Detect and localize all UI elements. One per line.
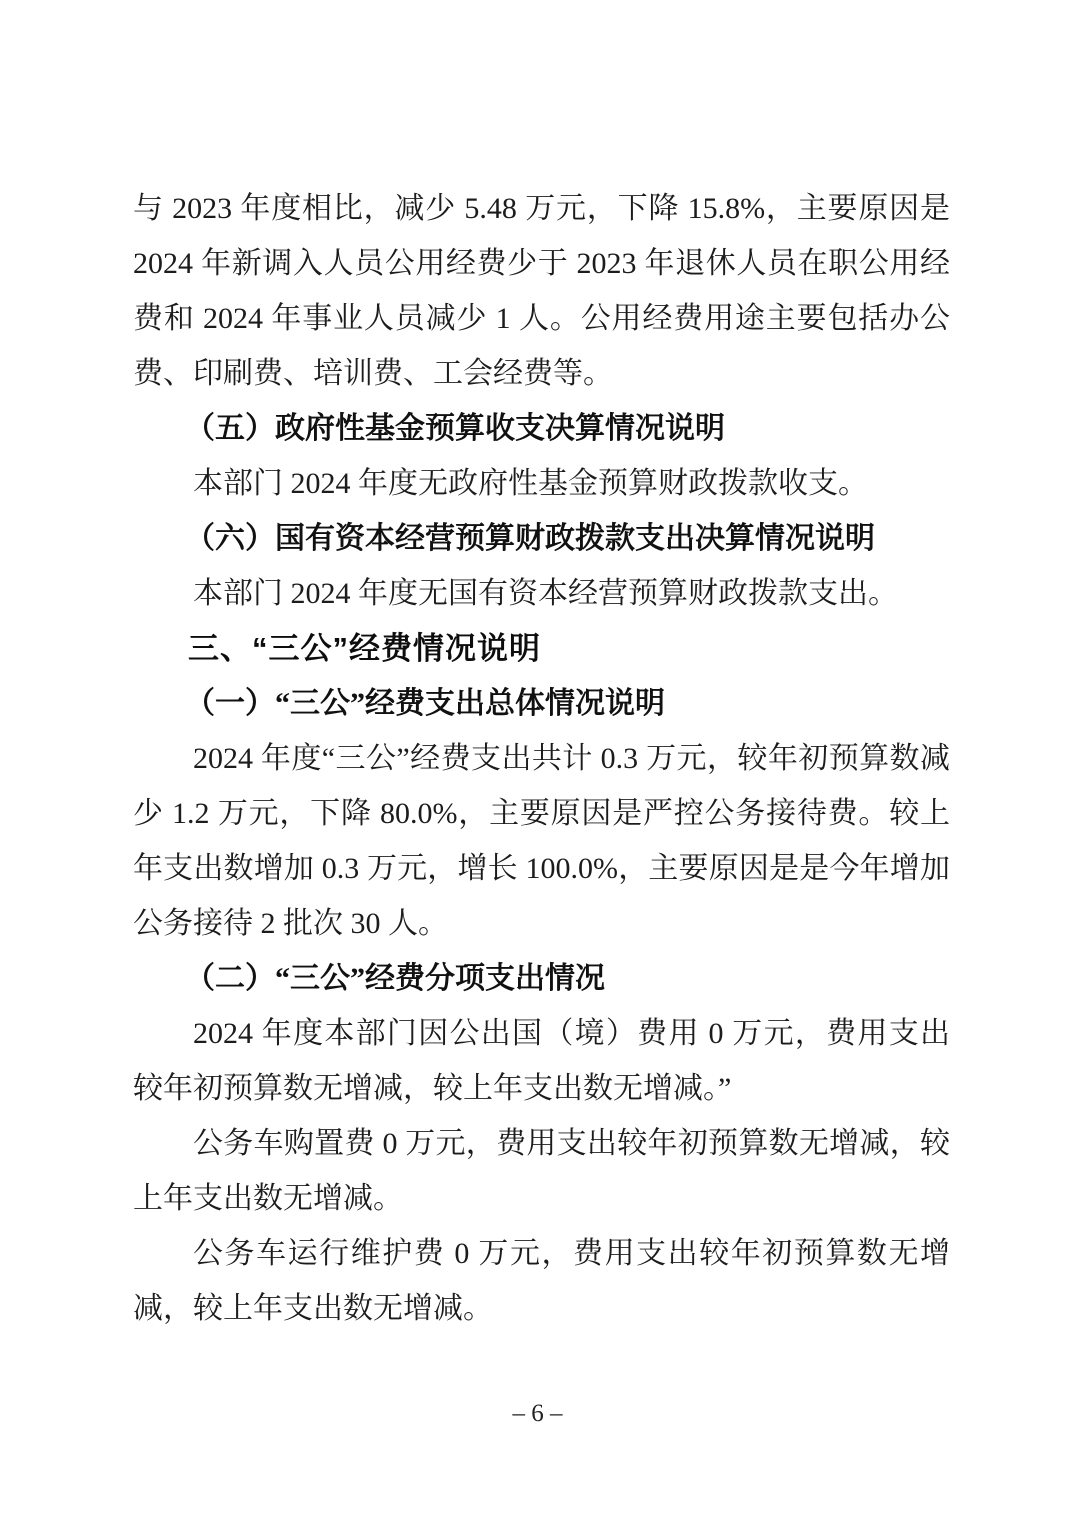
document-content: 与 2023 年度相比，减少 5.48 万元，下降 15.8%，主要原因是 20… bbox=[133, 181, 950, 1336]
document-page: 与 2023 年度相比，减少 5.48 万元，下降 15.8%，主要原因是 20… bbox=[0, 0, 1075, 1520]
section-heading: （一）“三公”经费支出总体情况说明 bbox=[133, 676, 950, 731]
paragraph: 本部门 2024 年度无国有资本经营预算财政拨款支出。 bbox=[133, 566, 950, 621]
section-heading: （六）国有资本经营预算财政拨款支出决算情况说明 bbox=[133, 511, 950, 566]
page-number: – 6 – bbox=[0, 1400, 1075, 1428]
paragraph: 2024 年度本部门因公出国（境）费用 0 万元，费用支出较年初预算数无增减，较… bbox=[133, 1006, 950, 1116]
paragraph: 公务车购置费 0 万元，费用支出较年初预算数无增减，较上年支出数无增减。 bbox=[133, 1116, 950, 1226]
section-heading: （二）“三公”经费分项支出情况 bbox=[133, 951, 950, 1006]
section-heading: （五）政府性基金预算收支决算情况说明 bbox=[133, 401, 950, 456]
paragraph: 与 2023 年度相比，减少 5.48 万元，下降 15.8%，主要原因是 20… bbox=[133, 181, 950, 401]
paragraph: 本部门 2024 年度无政府性基金预算财政拨款收支。 bbox=[133, 456, 950, 511]
paragraph: 2024 年度“三公”经费支出共计 0.3 万元，较年初预算数减少 1.2 万元… bbox=[133, 731, 950, 951]
paragraph: 公务车运行维护费 0 万元，费用支出较年初预算数无增减，较上年支出数无增减。 bbox=[133, 1226, 950, 1336]
section-heading: 三、“三公”经费情况说明 bbox=[133, 621, 950, 676]
